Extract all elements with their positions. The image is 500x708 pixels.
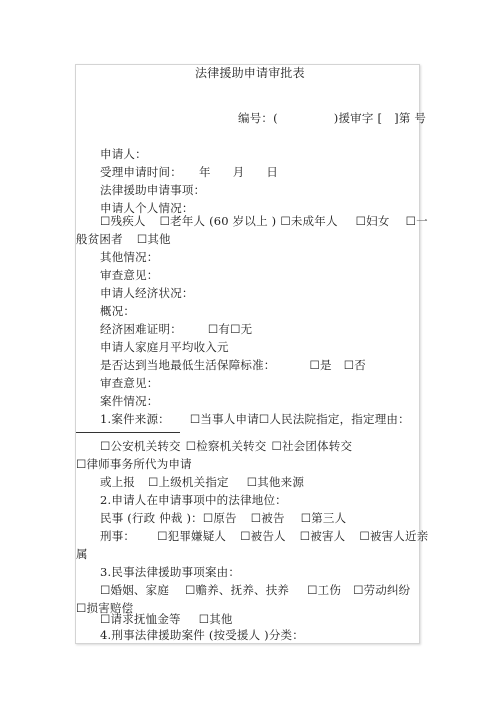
checkbox-icon[interactable]: ☐ [137, 232, 148, 246]
checkbox-icon[interactable]: ☐ [240, 529, 251, 543]
day-label: 日 [266, 165, 278, 179]
checkbox-marriage-family[interactable]: ☐婚姻、家庭 [100, 583, 169, 597]
checkbox-icon[interactable]: ☐ [280, 214, 291, 228]
appointment-reason-field[interactable] [76, 432, 180, 433]
document-line: 案件情况： [100, 394, 159, 408]
checkbox-accused[interactable]: ☐被告人 [240, 529, 286, 543]
checkbox-work-injury[interactable]: ☐工伤 [307, 583, 341, 597]
checkbox-icon[interactable]: ☐ [100, 214, 111, 228]
document-line: 属 [76, 547, 88, 561]
checkbox-pension-claim[interactable]: ☐请求抚恤金等 [100, 612, 181, 626]
checkbox-woman[interactable]: ☐妇女 [356, 214, 390, 228]
personal-status-row: ☐残疾人☐老年人 (60 岁以上 )☐未成年人☐妇女☐一 [100, 214, 428, 228]
checkbox-icon[interactable]: ☐ [148, 475, 159, 489]
checkbox-court-appointed[interactable]: ☐人民法院指定，指定理由： [259, 412, 410, 426]
document-line: 4.刑事法律援助案件 (按受援人 )分类： [100, 628, 304, 642]
document-number-line: 编号：()援审字 []第 号 [238, 111, 426, 125]
checkbox-icon[interactable]: ☐ [185, 583, 196, 597]
checkbox-icon[interactable]: ☐ [100, 439, 111, 453]
checkbox-icon[interactable]: ☐ [307, 583, 318, 597]
hardship-proof-row: 经济困难证明：☐有☐无 [100, 322, 252, 336]
checkbox-icon[interactable]: ☐ [356, 214, 367, 228]
checkbox-social-group-transfer[interactable]: ☐社会团体转交 [271, 439, 352, 453]
document-line: 概况： [100, 304, 135, 318]
checkbox-police-transfer[interactable]: ☐公安机关转交 [100, 439, 181, 453]
document-title: 法律援助申请审批表 [195, 66, 305, 80]
checkbox-icon[interactable]: ☐ [203, 511, 214, 525]
checkbox-icon[interactable]: ☐ [157, 529, 168, 543]
checkbox-support[interactable]: ☐赡养、抚养、扶养 [185, 583, 289, 597]
checkbox-minor[interactable]: ☐未成年人 [280, 214, 337, 228]
case-source-row: 1.案件来源：☐当事人申请☐人民法院指定，指定理由： [100, 412, 410, 426]
date-fields: 年月日 [199, 165, 278, 179]
checkbox-icon[interactable]: ☐ [100, 612, 111, 626]
checkbox-no-proof[interactable]: ☐无 [230, 322, 252, 336]
checkbox-icon[interactable]: ☐ [359, 529, 370, 543]
checkbox-victim[interactable]: ☐被害人 [300, 529, 346, 543]
checkbox-icon[interactable]: ☐ [344, 358, 355, 372]
checkbox-plaintiff[interactable]: ☐原告 [203, 511, 237, 525]
checkbox-has-proof[interactable]: ☐有 [208, 322, 230, 336]
case-source-row-2: ☐公安机关转交☐检察机关转交☐社会团体转交 [100, 439, 352, 453]
document-line: 3.民事法律援助事项案由： [100, 565, 240, 579]
checkbox-superior-appointed[interactable]: ☐上级机关指定 [148, 475, 229, 489]
checkbox-icon[interactable]: ☐ [301, 511, 312, 525]
checkbox-other[interactable]: ☐其他 [137, 232, 171, 246]
checkbox-icon[interactable]: ☐ [160, 214, 171, 228]
checkbox-icon[interactable]: ☐ [300, 529, 311, 543]
checkbox-other-source[interactable]: ☐其他来源 [247, 475, 304, 489]
checkbox-icon[interactable]: ☐ [247, 475, 258, 489]
checkbox-labor-dispute[interactable]: ☐劳动纠纷 [353, 583, 410, 597]
checkbox-icon[interactable]: ☐ [190, 412, 201, 426]
checkbox-other-cause[interactable]: ☐其他 [199, 612, 233, 626]
checkbox-disabled[interactable]: ☐残疾人 [100, 214, 146, 228]
month-label: 月 [233, 165, 245, 179]
checkbox-icon[interactable]: ☐ [271, 439, 282, 453]
checkbox-poor[interactable]: ☐一 [406, 214, 428, 228]
checkbox-icon[interactable]: ☐ [186, 439, 197, 453]
min-living-standard-row: 是否达到当地最低生活保障标准：☐是☐否 [100, 358, 366, 372]
checkbox-procuratorate-transfer[interactable]: ☐检察机关转交 [186, 439, 267, 453]
document-line: 其他情况： [100, 250, 159, 264]
document-line: 申请人家庭月平均收入元 [100, 340, 229, 354]
checkbox-icon[interactable]: ☐ [230, 322, 241, 336]
checkbox-icon[interactable]: ☐ [353, 583, 364, 597]
document-line: 法律援助申请事项： [100, 183, 205, 197]
document-line: 申请人个人情况： [100, 201, 194, 215]
checkbox-icon[interactable]: ☐ [76, 601, 87, 615]
document-line: 申请人： [100, 147, 147, 161]
checkbox-icon[interactable]: ☐ [251, 511, 262, 525]
checkbox-icon[interactable]: ☐ [100, 583, 111, 597]
checkbox-party-application[interactable]: ☐当事人申请 [190, 412, 259, 426]
checkbox-icon[interactable]: ☐ [406, 214, 417, 228]
civil-causes-row-1: ☐婚姻、家庭☐赡养、抚养、扶养☐工伤☐劳动纠纷 [100, 583, 410, 597]
checkbox-third-party[interactable]: ☐第三人 [301, 511, 347, 525]
case-source-row-3: ☐律师事务所代为申请 [76, 457, 192, 471]
checkbox-icon[interactable]: ☐ [310, 358, 321, 372]
checkbox-defendant[interactable]: ☐被告 [251, 511, 285, 525]
civil-causes-row-3: ☐请求抚恤金等☐其他 [100, 612, 233, 626]
checkbox-no[interactable]: ☐否 [344, 358, 366, 372]
number-label: 编号： [238, 111, 273, 125]
document-line: 受理申请时间： [100, 165, 182, 179]
personal-status-wrap: 般贫困者☐其他 [76, 232, 171, 246]
checkbox-icon[interactable]: ☐ [199, 612, 210, 626]
year-label: 年 [199, 165, 211, 179]
checkbox-icon[interactable]: ☐ [76, 457, 87, 471]
checkbox-icon[interactable]: ☐ [259, 412, 270, 426]
document-line: 审查意见： [100, 376, 159, 390]
checkbox-victim-relative[interactable]: ☐被害人近亲 [359, 529, 428, 543]
document-line: 或上报 [100, 475, 135, 489]
checkbox-law-firm-application[interactable]: ☐律师事务所代为申请 [76, 457, 192, 471]
document-line: 申请人经济状况： [100, 286, 194, 300]
checkbox-yes[interactable]: ☐是 [310, 358, 332, 372]
criminal-status-row: 刑事：☐犯罪嫌疑人☐被告人☐被害人☐被害人近亲 [100, 529, 428, 543]
civil-status-row: 民事 (行政 仲裁 )：☐原告☐被告☐第三人 [100, 511, 346, 525]
document-line: 2.申请人在申请事项中的法律地位： [100, 493, 287, 507]
case-source-row-4: ☐上级机关指定☐其他来源 [148, 475, 304, 489]
checkbox-elderly[interactable]: ☐老年人 (60 岁以上 ) [160, 214, 277, 228]
checkbox-icon[interactable]: ☐ [208, 322, 219, 336]
checkbox-suspect[interactable]: ☐犯罪嫌疑人 [157, 529, 226, 543]
document-line: 审查意见： [100, 268, 159, 282]
